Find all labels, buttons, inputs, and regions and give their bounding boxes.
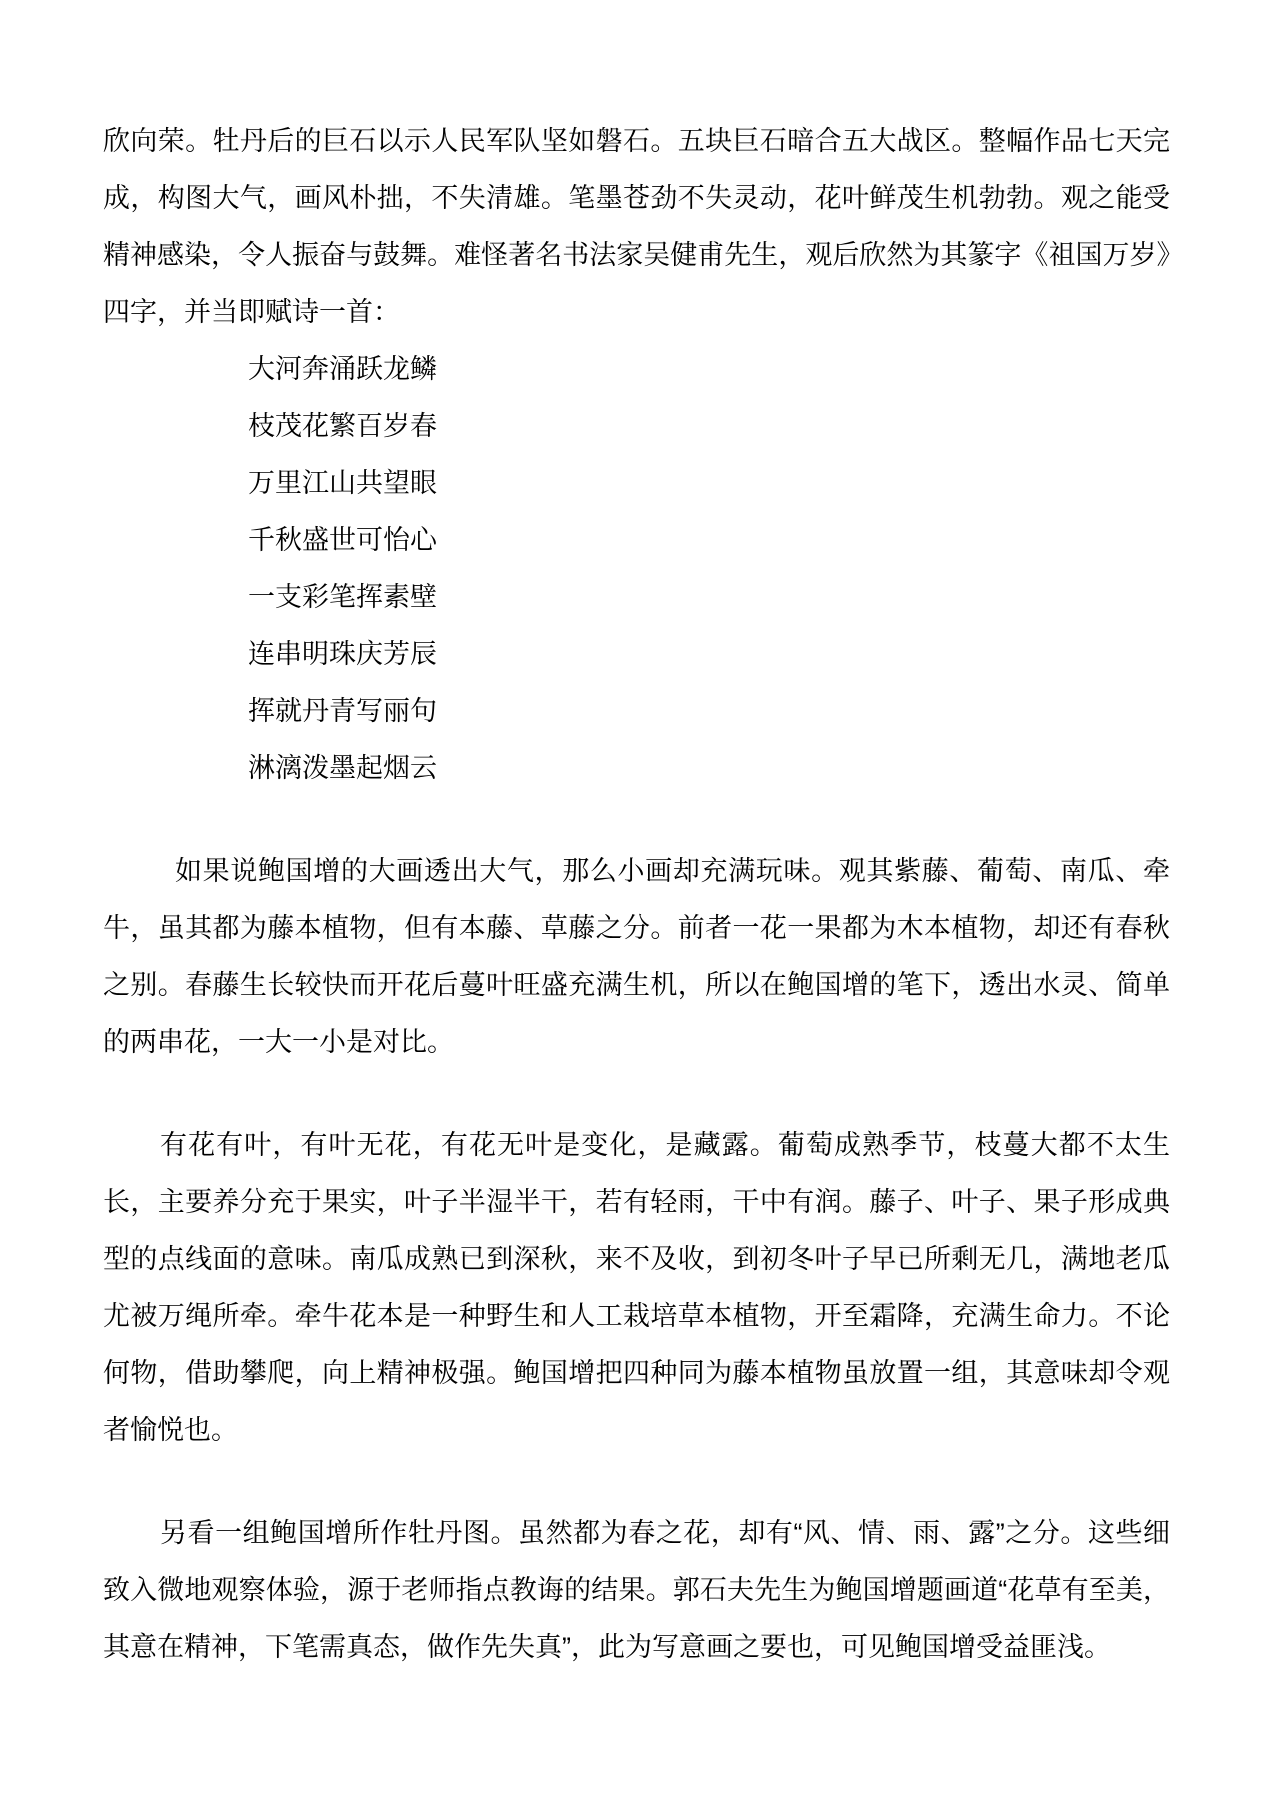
document-page: 欣向荣。牡丹后的巨石以示人民军队坚如磐石。五块巨石暗合五大战区。整幅作品七天完成… [0, 0, 1273, 1800]
opening-paragraph: 欣向荣。牡丹后的巨石以示人民军队坚如磐石。五块巨石暗合五大战区。整幅作品七天完成… [103, 113, 1170, 341]
poem-line: 连串明珠庆芳辰 [103, 626, 1170, 683]
poem-line: 淋漓泼墨起烟云 [103, 740, 1170, 797]
body-paragraph-vine-plants: 有花有叶，有叶无花，有花无叶是变化，是藏露。葡萄成熟季节，枝蔓大都不太生长，主要… [103, 1117, 1170, 1459]
poem-line: 大河奔涌跃龙鳞 [103, 341, 1170, 398]
poem-block: 大河奔涌跃龙鳞 枝茂花繁百岁春 万里江山共望眼 千秋盛世可怡心 一支彩笔挥素壁 … [103, 341, 1170, 797]
poem-line: 枝茂花繁百岁春 [103, 398, 1170, 455]
poem-line: 挥就丹青写丽句 [103, 683, 1170, 740]
body-paragraph-peony-works: 另看一组鲍国增所作牡丹图。虽然都为春之花，却有“风、情、雨、露”之分。这些细致入… [103, 1505, 1170, 1676]
poem-line: 千秋盛世可怡心 [103, 512, 1170, 569]
document-content: 欣向荣。牡丹后的巨石以示人民军队坚如磐石。五块巨石暗合五大战区。整幅作品七天完成… [103, 113, 1170, 1676]
poem-line: 万里江山共望眼 [103, 455, 1170, 512]
body-paragraph-small-works: 如果说鲍国增的大画透出大气，那么小画却充满玩味。观其紫藤、葡萄、南瓜、牵牛，虽其… [103, 843, 1170, 1071]
poem-line: 一支彩笔挥素壁 [103, 569, 1170, 626]
